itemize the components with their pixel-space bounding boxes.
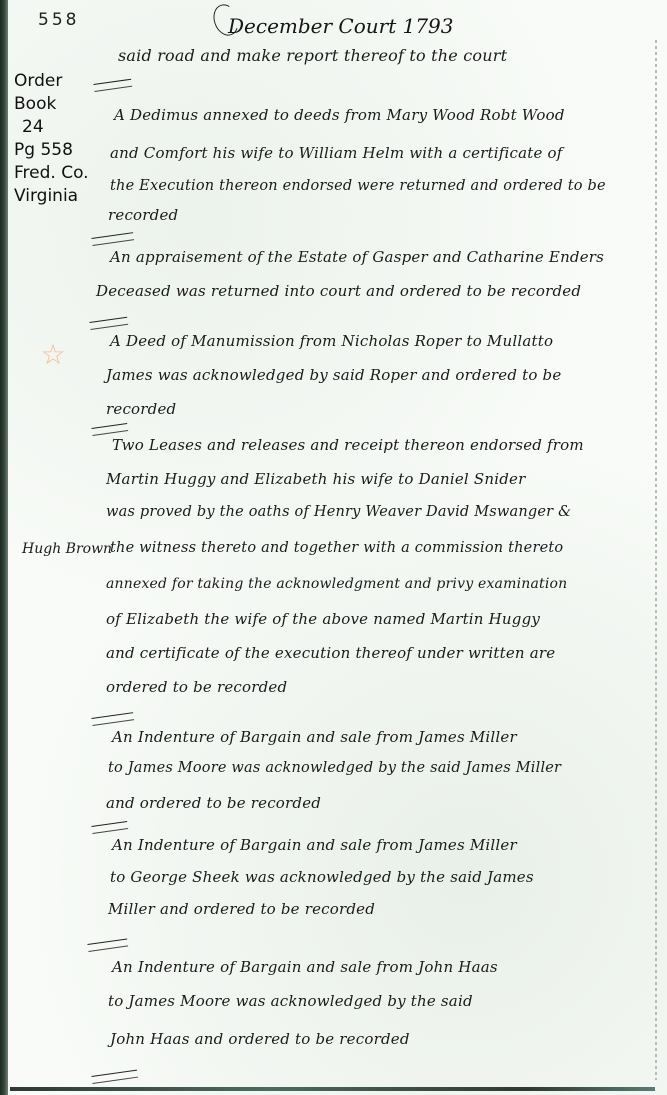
entry-line: and ordered to be recorded	[106, 794, 321, 812]
entry-line: recorded	[106, 400, 176, 418]
margin-note-line: 24	[14, 116, 89, 139]
entry-line: Two Leases and releases and receipt ther…	[112, 436, 584, 454]
document-page: 558 December Court 1793 Order Book 24 Pg…	[0, 0, 667, 1095]
margin-note-line: Book	[14, 93, 89, 116]
margin-note: Order Book 24 Pg 558 Fred. Co. Virginia	[14, 70, 89, 208]
entry-divider	[93, 79, 132, 92]
entry-line: Martin Huggy and Elizabeth his wife to D…	[106, 470, 525, 488]
star-outline-icon[interactable]: ☆	[38, 340, 68, 370]
entry-line: annexed for taking the acknowledgment an…	[106, 576, 567, 592]
page-right-edge	[655, 40, 657, 1080]
margin-note-line: Order	[14, 70, 89, 93]
entry-line: John Haas and ordered to be recorded	[110, 1030, 410, 1048]
entry-divider	[87, 938, 128, 951]
entry-line: the witness thereto and together with a …	[110, 540, 563, 556]
entry-divider	[91, 232, 134, 246]
entry-divider	[89, 317, 128, 330]
entry-divider	[91, 821, 128, 834]
page-number: 558	[38, 10, 79, 30]
entry-line: James was acknowledged by said Roper and…	[106, 366, 561, 384]
entry-divider	[91, 423, 128, 436]
entry-line: Deceased was returned into court and ord…	[96, 282, 581, 300]
page-heading: December Court 1793	[228, 14, 454, 38]
entry-line: of Elizabeth the wife of the above named…	[106, 610, 540, 628]
entry-line: An Indenture of Bargain and sale from Ja…	[112, 836, 517, 854]
entry-line: said road and make report thereof to the…	[118, 46, 507, 65]
entry-line: and Comfort his wife to William Helm wit…	[110, 144, 563, 162]
entry-divider	[91, 1070, 138, 1084]
margin-name-hugh-brown: Hugh Brown	[22, 541, 112, 557]
entry-line: to George Sheek was acknowledged by the …	[110, 868, 534, 886]
margin-note-line: Virginia	[14, 185, 89, 208]
entry-line: An Indenture of Bargain and sale from Ja…	[112, 728, 517, 746]
entry-line: to James Moore was acknowledged by the s…	[108, 992, 473, 1010]
entry-line: Miller and ordered to be recorded	[108, 900, 375, 918]
entry-line: recorded	[108, 206, 178, 224]
entry-line: and certificate of the execution thereof…	[106, 644, 555, 662]
entry-line: An appraisement of the Estate of Gasper …	[110, 248, 604, 266]
entry-line: An Indenture of Bargain and sale from Jo…	[112, 958, 498, 976]
margin-note-line: Fred. Co.	[14, 162, 89, 185]
book-binding-edge	[0, 0, 8, 1095]
entry-line: ordered to be recorded	[106, 678, 287, 696]
entry-line: was proved by the oaths of Henry Weaver …	[106, 504, 571, 520]
entry-line: the Execution thereon endorsed were retu…	[110, 178, 606, 194]
page-bottom-edge	[10, 1087, 655, 1091]
entry-divider	[91, 712, 134, 726]
margin-note-line: Pg 558	[14, 139, 89, 162]
entry-line: A Dedimus annexed to deeds from Mary Woo…	[114, 106, 565, 124]
entry-line: A Deed of Manumission from Nicholas Rope…	[110, 332, 553, 350]
entry-line: to James Moore was acknowledged by the s…	[108, 760, 561, 776]
